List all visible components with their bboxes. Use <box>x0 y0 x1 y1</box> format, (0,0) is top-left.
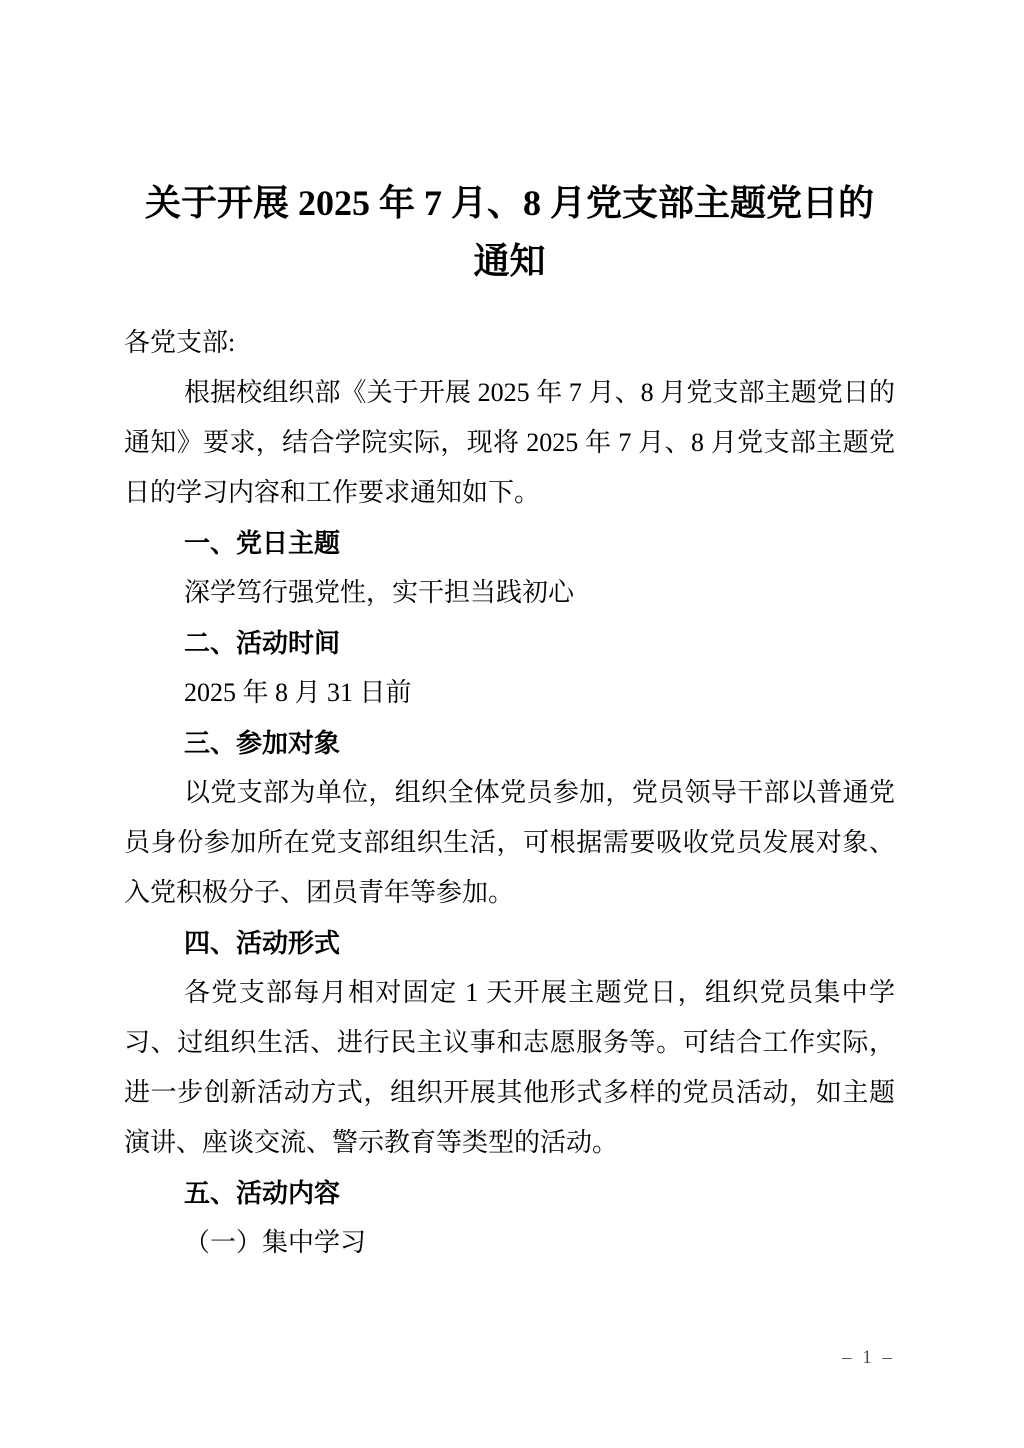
page-number: – 1 – <box>842 1346 895 1370</box>
document-title-line2: 通知 <box>124 232 895 290</box>
subsection-heading-1: （一）集中学习 <box>124 1218 895 1268</box>
paragraph-time: 2025 年 8 月 31 日前 <box>124 668 895 718</box>
paragraph-format: 各党支部每月相对固定 1 天开展主题党日，组织党员集中学习、过组织生活、进行民主… <box>124 968 895 1168</box>
paragraph-theme: 深学笃行强党性，实干担当践初心 <box>124 568 895 618</box>
section-heading-2: 二、活动时间 <box>124 618 895 668</box>
paragraph-participants: 以党支部为单位，组织全体党员参加，党员领导干部以普通党员身份参加所在党支部组织生… <box>124 768 895 918</box>
section-heading-5: 五、活动内容 <box>124 1168 895 1218</box>
document-title-line1: 关于开展 2025 年 7 月、8 月党支部主题党日的 <box>124 174 895 232</box>
paragraph-intro: 根据校组织部《关于开展 2025 年 7 月、8 月党支部主题党日的通知》要求，… <box>124 368 895 518</box>
document-title: 关于开展 2025 年 7 月、8 月党支部主题党日的 通知 <box>124 174 895 290</box>
salutation: 各党支部: <box>124 318 895 368</box>
section-heading-3: 三、参加对象 <box>124 718 895 768</box>
section-heading-1: 一、党日主题 <box>124 518 895 568</box>
section-heading-4: 四、活动形式 <box>124 918 895 968</box>
document-page: 关于开展 2025 年 7 月、8 月党支部主题党日的 通知 各党支部: 根据校… <box>0 0 1024 1448</box>
document-body: 各党支部: 根据校组织部《关于开展 2025 年 7 月、8 月党支部主题党日的… <box>124 318 895 1268</box>
